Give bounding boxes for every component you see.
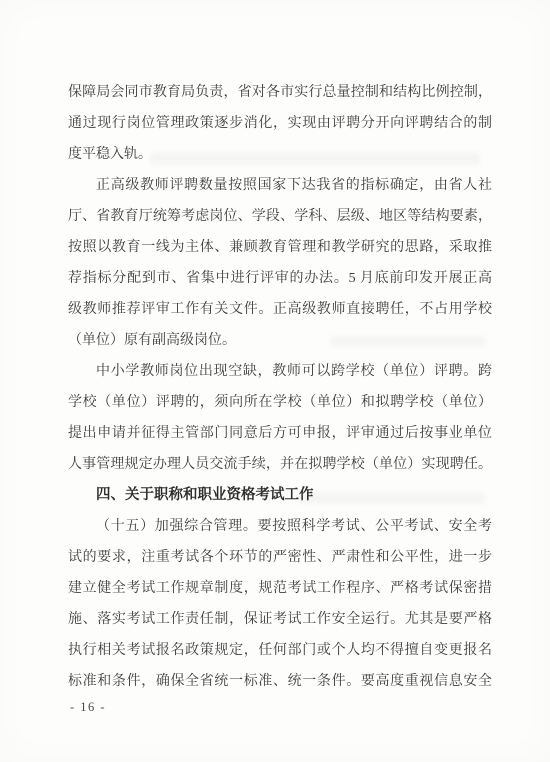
text-line: 施、落实考试工作责任制，保证考试工作安全运行。尤其是要严格: [68, 604, 492, 635]
text-line: 荐指标分配到市、省集中进行评审的办法。5 月底前印发开展正高: [68, 263, 492, 294]
document-body: 保障局会同市教育局负责，省对各市实行总量控制和结构比例控制， 通过现行岗位管理政…: [68, 77, 492, 697]
text-line: 正高级教师评聘数量按照国家下达我省的指标确定，由省人社: [68, 170, 492, 201]
text-line: 按照以教育一线为主体、兼顾教育管理和教学研究的思路，采取推: [68, 232, 492, 263]
text-line: 建立健全考试工作规章制度，规范考试工作程序、严格考试保密措: [68, 573, 492, 604]
text-line: 中小学教师岗位出现空缺，教师可以跨学校（单位）评聘。跨: [68, 356, 492, 387]
document-page: 保障局会同市教育局负责，省对各市实行总量控制和结构比例控制， 通过现行岗位管理政…: [0, 0, 550, 762]
text-line: （单位）原有副高级岗位。: [68, 325, 492, 356]
text-line: （十五）加强综合管理。要按照科学考试、公平考试、安全考: [68, 511, 492, 542]
text-line: 执行相关考试报名政策规定，任何部门或个人均不得擅自变更报名: [68, 635, 492, 666]
text-line: 标准和条件，确保全省统一标准、统一条件。要高度重视信息安全: [68, 666, 492, 697]
text-line: 级教师推荐评审工作有关文件。正高级教师直接聘任，不占用学校: [68, 294, 492, 325]
text-line: 试的要求，注重考试各个环节的严密性、严肃性和公平性，进一步: [68, 542, 492, 573]
text-line: 学校（单位）评聘的，须向所在学校（单位）和拟聘学校（单位）: [68, 387, 492, 418]
text-line: 人事管理规定办理人员交流手续，并在拟聘学校（单位）实现聘任。: [68, 449, 492, 480]
text-line: 通过现行岗位管理政策逐步消化，实现由评聘分开向评聘结合的制: [68, 108, 492, 139]
page-number: - 16 -: [70, 700, 106, 715]
text-line: 厅、省教育厅统筹考虑岗位、学段、学科、层级、地区等结构要素，: [68, 201, 492, 232]
text-line: 保障局会同市教育局负责，省对各市实行总量控制和结构比例控制，: [68, 77, 492, 108]
text-line: 提出申请并征得主管部门同意后方可申报，评审通过后按事业单位: [68, 418, 492, 449]
section-heading: 四、关于职称和职业资格考试工作: [68, 480, 492, 511]
text-line: 度平稳入轨。: [68, 139, 492, 170]
